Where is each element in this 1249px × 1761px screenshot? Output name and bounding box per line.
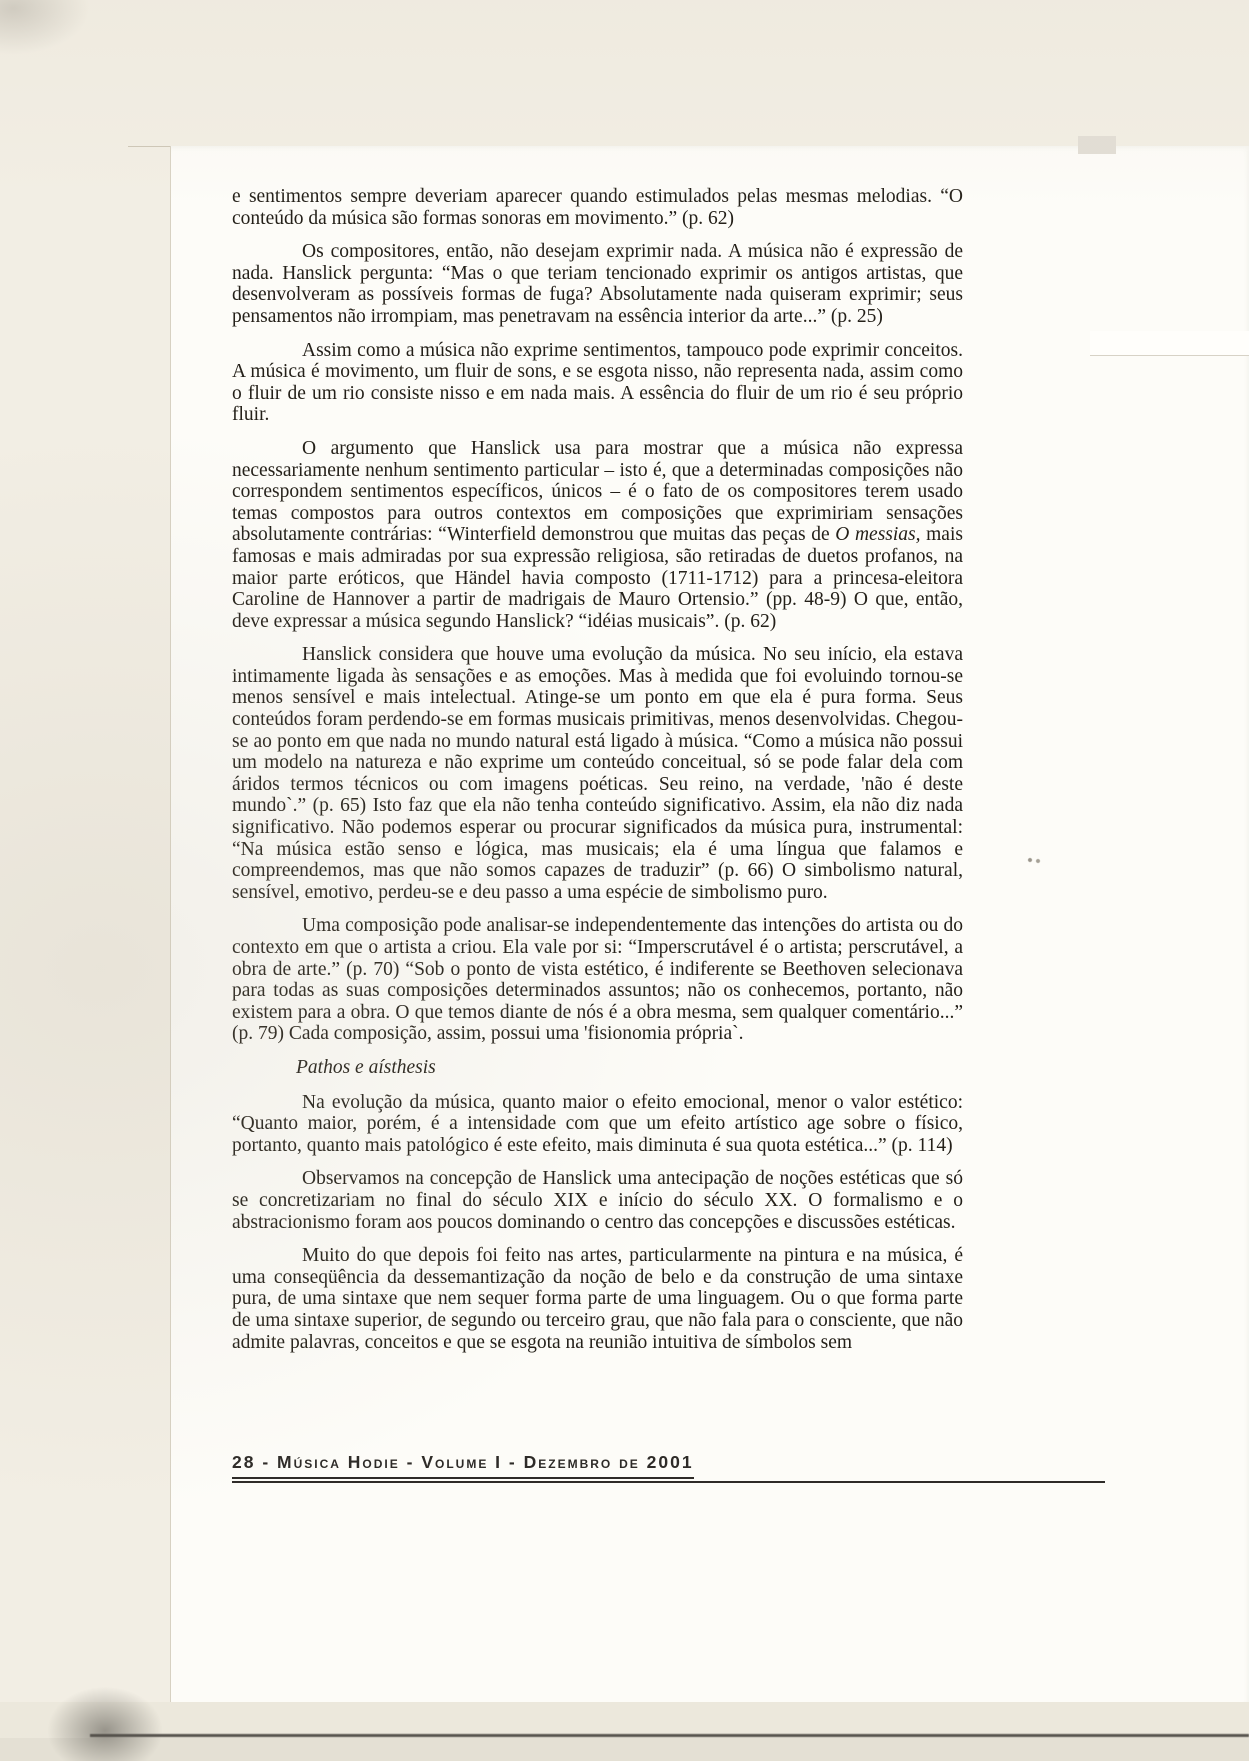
- paragraph: Os compositores, então, não desejam expr…: [232, 241, 963, 327]
- body-text: Uma composição pode analisar-se independ…: [232, 915, 963, 1044]
- scanner-bottom-edge-line: [90, 1734, 1249, 1737]
- scan-artifact-gray-patch: [1078, 136, 1116, 154]
- page-footer: 28 - Música Hodie - Volume I - Dezembro …: [232, 1452, 1105, 1479]
- paragraph: Hanslick considera que houve uma evoluçã…: [232, 644, 963, 903]
- italic-text: O messias,: [835, 524, 920, 545]
- body-text: Hanslick considera que houve uma evoluçã…: [232, 644, 963, 903]
- body-text: Muito do que depois foi feito nas artes,…: [232, 1245, 963, 1352]
- body-text: Os compositores, então, não desejam expr…: [232, 241, 963, 327]
- paragraph: Observamos na concepção de Hanslick uma …: [232, 1168, 963, 1233]
- footer-rule: [232, 1481, 1105, 1483]
- text-column: e sentimentos sempre deveriam aparecer q…: [232, 186, 963, 1365]
- paragraph: Na evolução da música, quanto maior o ef…: [232, 1092, 963, 1157]
- body-text: Na evolução da música, quanto maior o ef…: [232, 1092, 963, 1156]
- paragraph: Muito do que depois foi feito nas artes,…: [232, 1245, 963, 1353]
- paragraph: Assim como a música não exprime sentimen…: [232, 340, 963, 426]
- scan-background: e sentimentos sempre deveriam aparecer q…: [0, 0, 1249, 1761]
- body-text: Assim como a música não exprime sentimen…: [232, 340, 963, 426]
- scanner-bottom-left-smudge: [45, 1685, 165, 1761]
- scan-artifact-white-strip: [1090, 331, 1249, 356]
- scan-smudge-top-left: [0, 0, 90, 55]
- section-heading: Pathos e aísthesis: [296, 1057, 963, 1079]
- body-text: e sentimentos sempre deveriam aparecer q…: [232, 186, 963, 229]
- scanner-bottom-shadow: [0, 1738, 1249, 1761]
- paragraph: O argumento que Hanslick usa para mostra…: [232, 438, 963, 632]
- paragraph: e sentimentos sempre deveriam aparecer q…: [232, 186, 963, 229]
- paragraph: Uma composição pode analisar-se independ…: [232, 915, 963, 1045]
- body-text: Observamos na concepção de Hanslick uma …: [232, 1168, 963, 1232]
- footer-text: 28 - Música Hodie - Volume I - Dezembro …: [232, 1452, 694, 1479]
- body-text: Pathos e aísthesis: [296, 1057, 436, 1078]
- scan-artifact-specks: [1027, 856, 1043, 865]
